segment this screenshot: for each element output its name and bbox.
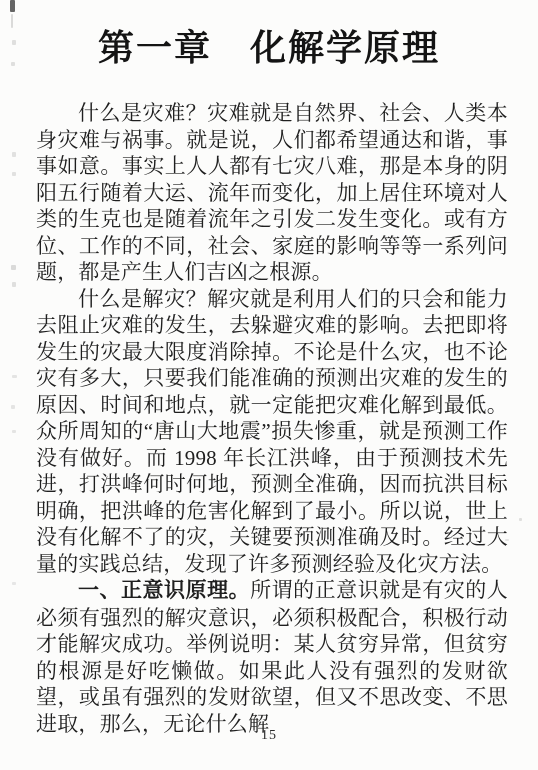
page-number: 15: [0, 728, 538, 744]
paragraph-positive-consciousness: 一、正意识原理。所谓的正意识就是有灾的人必须有强烈的解灾意识，必须积极配合，积极…: [36, 577, 508, 737]
scan-artifact: [519, 518, 522, 521]
scan-artifact: [505, 539, 509, 541]
scan-artifact: [11, 62, 15, 66]
scan-artifact: [12, 40, 16, 45]
scan-artifact: [11, 405, 15, 409]
scan-artifact: [12, 582, 16, 585]
scan-artifact: [10, 0, 15, 12]
scan-artifact: [11, 265, 16, 270]
scan-artifact: [12, 172, 16, 176]
body-text: 什么是灾难？灾难就是自然界、社会、人类本身灾难与祸事。就是说，人们都希望通达和谐…: [36, 100, 508, 737]
paragraph-lead-heading: 一、正意识原理。: [78, 579, 250, 602]
book-page: 第一章 化解学原理 什么是灾难？灾难就是自然界、社会、人类本身灾难与祸事。就是说…: [0, 0, 538, 770]
paragraph-what-is-resolving: 什么是解灾？解灾就是利用人们的只会和能力去阻止灾难的发生，去躲避灾难的影响。去把…: [36, 286, 508, 578]
paragraph-what-is-disaster: 什么是灾难？灾难就是自然界、社会、人类本身灾难与祸事。就是说，人们都希望通达和谐…: [36, 100, 508, 286]
scan-artifact: [12, 375, 17, 378]
scan-artifact: [11, 14, 13, 28]
chapter-title: 第一章 化解学原理: [0, 26, 538, 70]
scan-artifact: [12, 152, 16, 157]
scan-artifact: [12, 430, 16, 433]
scan-artifact: [12, 282, 16, 287]
